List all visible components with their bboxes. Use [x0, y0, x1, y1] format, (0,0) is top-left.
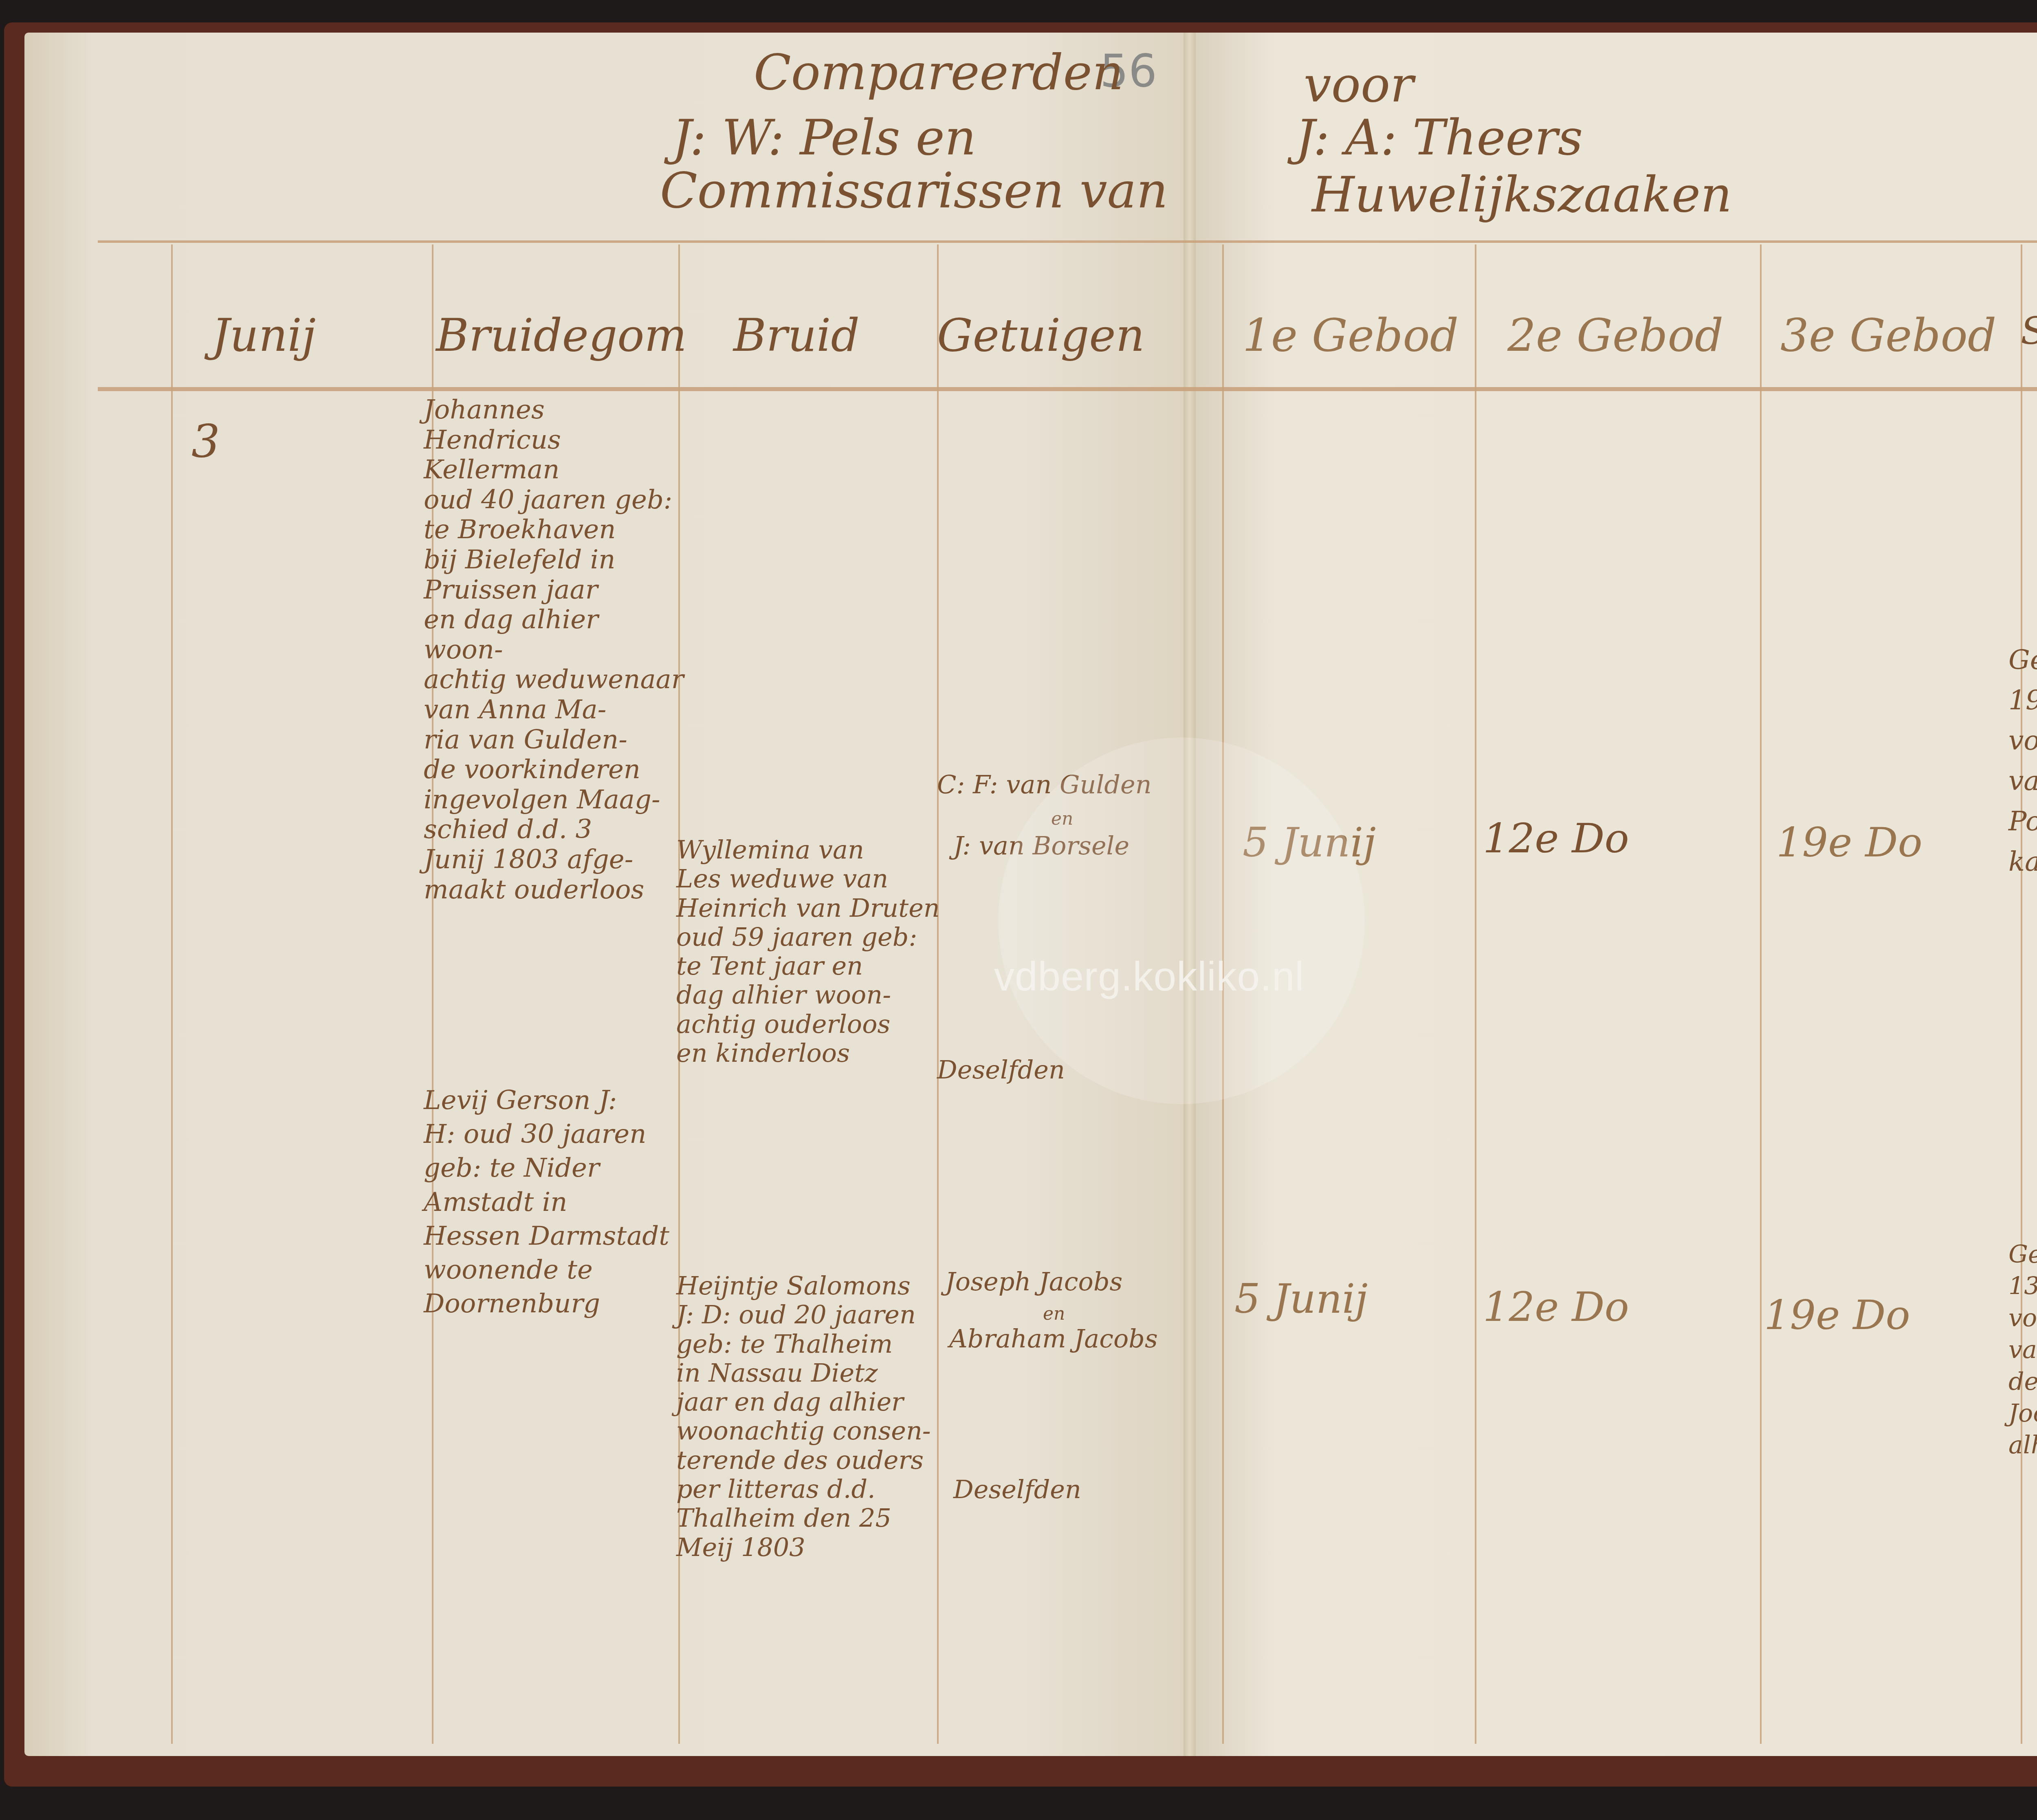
- entry-2-solemnisation: Getrouwd den 13 Julij 1803 volgens attes…: [2008, 1239, 2037, 1461]
- title-left-line-3: Commissarissen van: [660, 163, 1168, 219]
- col-rule: [1760, 244, 1762, 1744]
- col-rule: [1475, 244, 1476, 1744]
- title-left-line-2: J: W: Pels en: [672, 110, 976, 166]
- entry-1-second-bann: 12e Do: [1483, 815, 1629, 862]
- entry-2-third-bann: 19e Do: [1764, 1292, 1910, 1338]
- entry-1-third-bann: 19e Do: [1776, 819, 1923, 866]
- entry-2-witness-and: en: [1043, 1304, 1065, 1325]
- watermark-logo: [998, 737, 1365, 1104]
- title-right-line-3: Huwelijkszaaken: [1312, 167, 1732, 223]
- header-rule: [98, 240, 2037, 243]
- col-rule: [2021, 244, 2022, 1744]
- column-header-bruid: Bruid: [733, 310, 860, 361]
- entry-1-groom: Johannes Hendricus Kellerman oud 40 jaar…: [424, 395, 684, 905]
- column-header-getuigen: Getuigen: [937, 310, 1145, 361]
- column-header-1e-gebod: 1e Gebod: [1243, 310, 1458, 361]
- column-header-solemnisatie: Solemnisatie: [2021, 310, 2037, 353]
- title-right-line-1: voor: [1304, 57, 1414, 113]
- entry-2-first-bann: 5 Junij: [1234, 1275, 1368, 1322]
- entry-1-bride: Wyllemina van Les weduwe van Heinrich va…: [676, 835, 945, 1067]
- entry-1-witness-3: Deselfden: [937, 1055, 1065, 1084]
- column-header-2e-gebod: 2e Gebod: [1507, 310, 1723, 361]
- entry-1-day: 3: [191, 416, 220, 467]
- title-right-line-2: J: A: Theers: [1296, 110, 1583, 166]
- watermark-text: vdberg.kokliko.nl: [994, 953, 1304, 1000]
- entry-2-second-bann: 12e Do: [1483, 1283, 1629, 1330]
- column-header-bruidegom: Bruidegom: [436, 310, 687, 361]
- entry-2-witness-2: Abraham Jacobs: [949, 1324, 1158, 1353]
- column-header-rule: [98, 387, 2037, 391]
- col-rule: [171, 244, 173, 1744]
- entry-2-bride: Heijntje Salomons J: D: oud 20 jaaren ge…: [676, 1271, 945, 1562]
- entry-1-solemnisation: Getrouwd den 19 Junij 1803 volgens attes…: [2008, 640, 2037, 882]
- title-left-line-1: Compareerden: [754, 45, 1124, 101]
- entry-2-witness-1: Joseph Jacobs: [945, 1267, 1122, 1296]
- entry-2-witness-3: Deselfden: [953, 1475, 1081, 1504]
- entry-2-groom: Levij Gerson J: H: oud 30 jaaren geb: te…: [424, 1084, 684, 1321]
- column-header-junij: Junij: [212, 310, 316, 361]
- column-header-3e-gebod: 3e Gebod: [1780, 310, 1996, 361]
